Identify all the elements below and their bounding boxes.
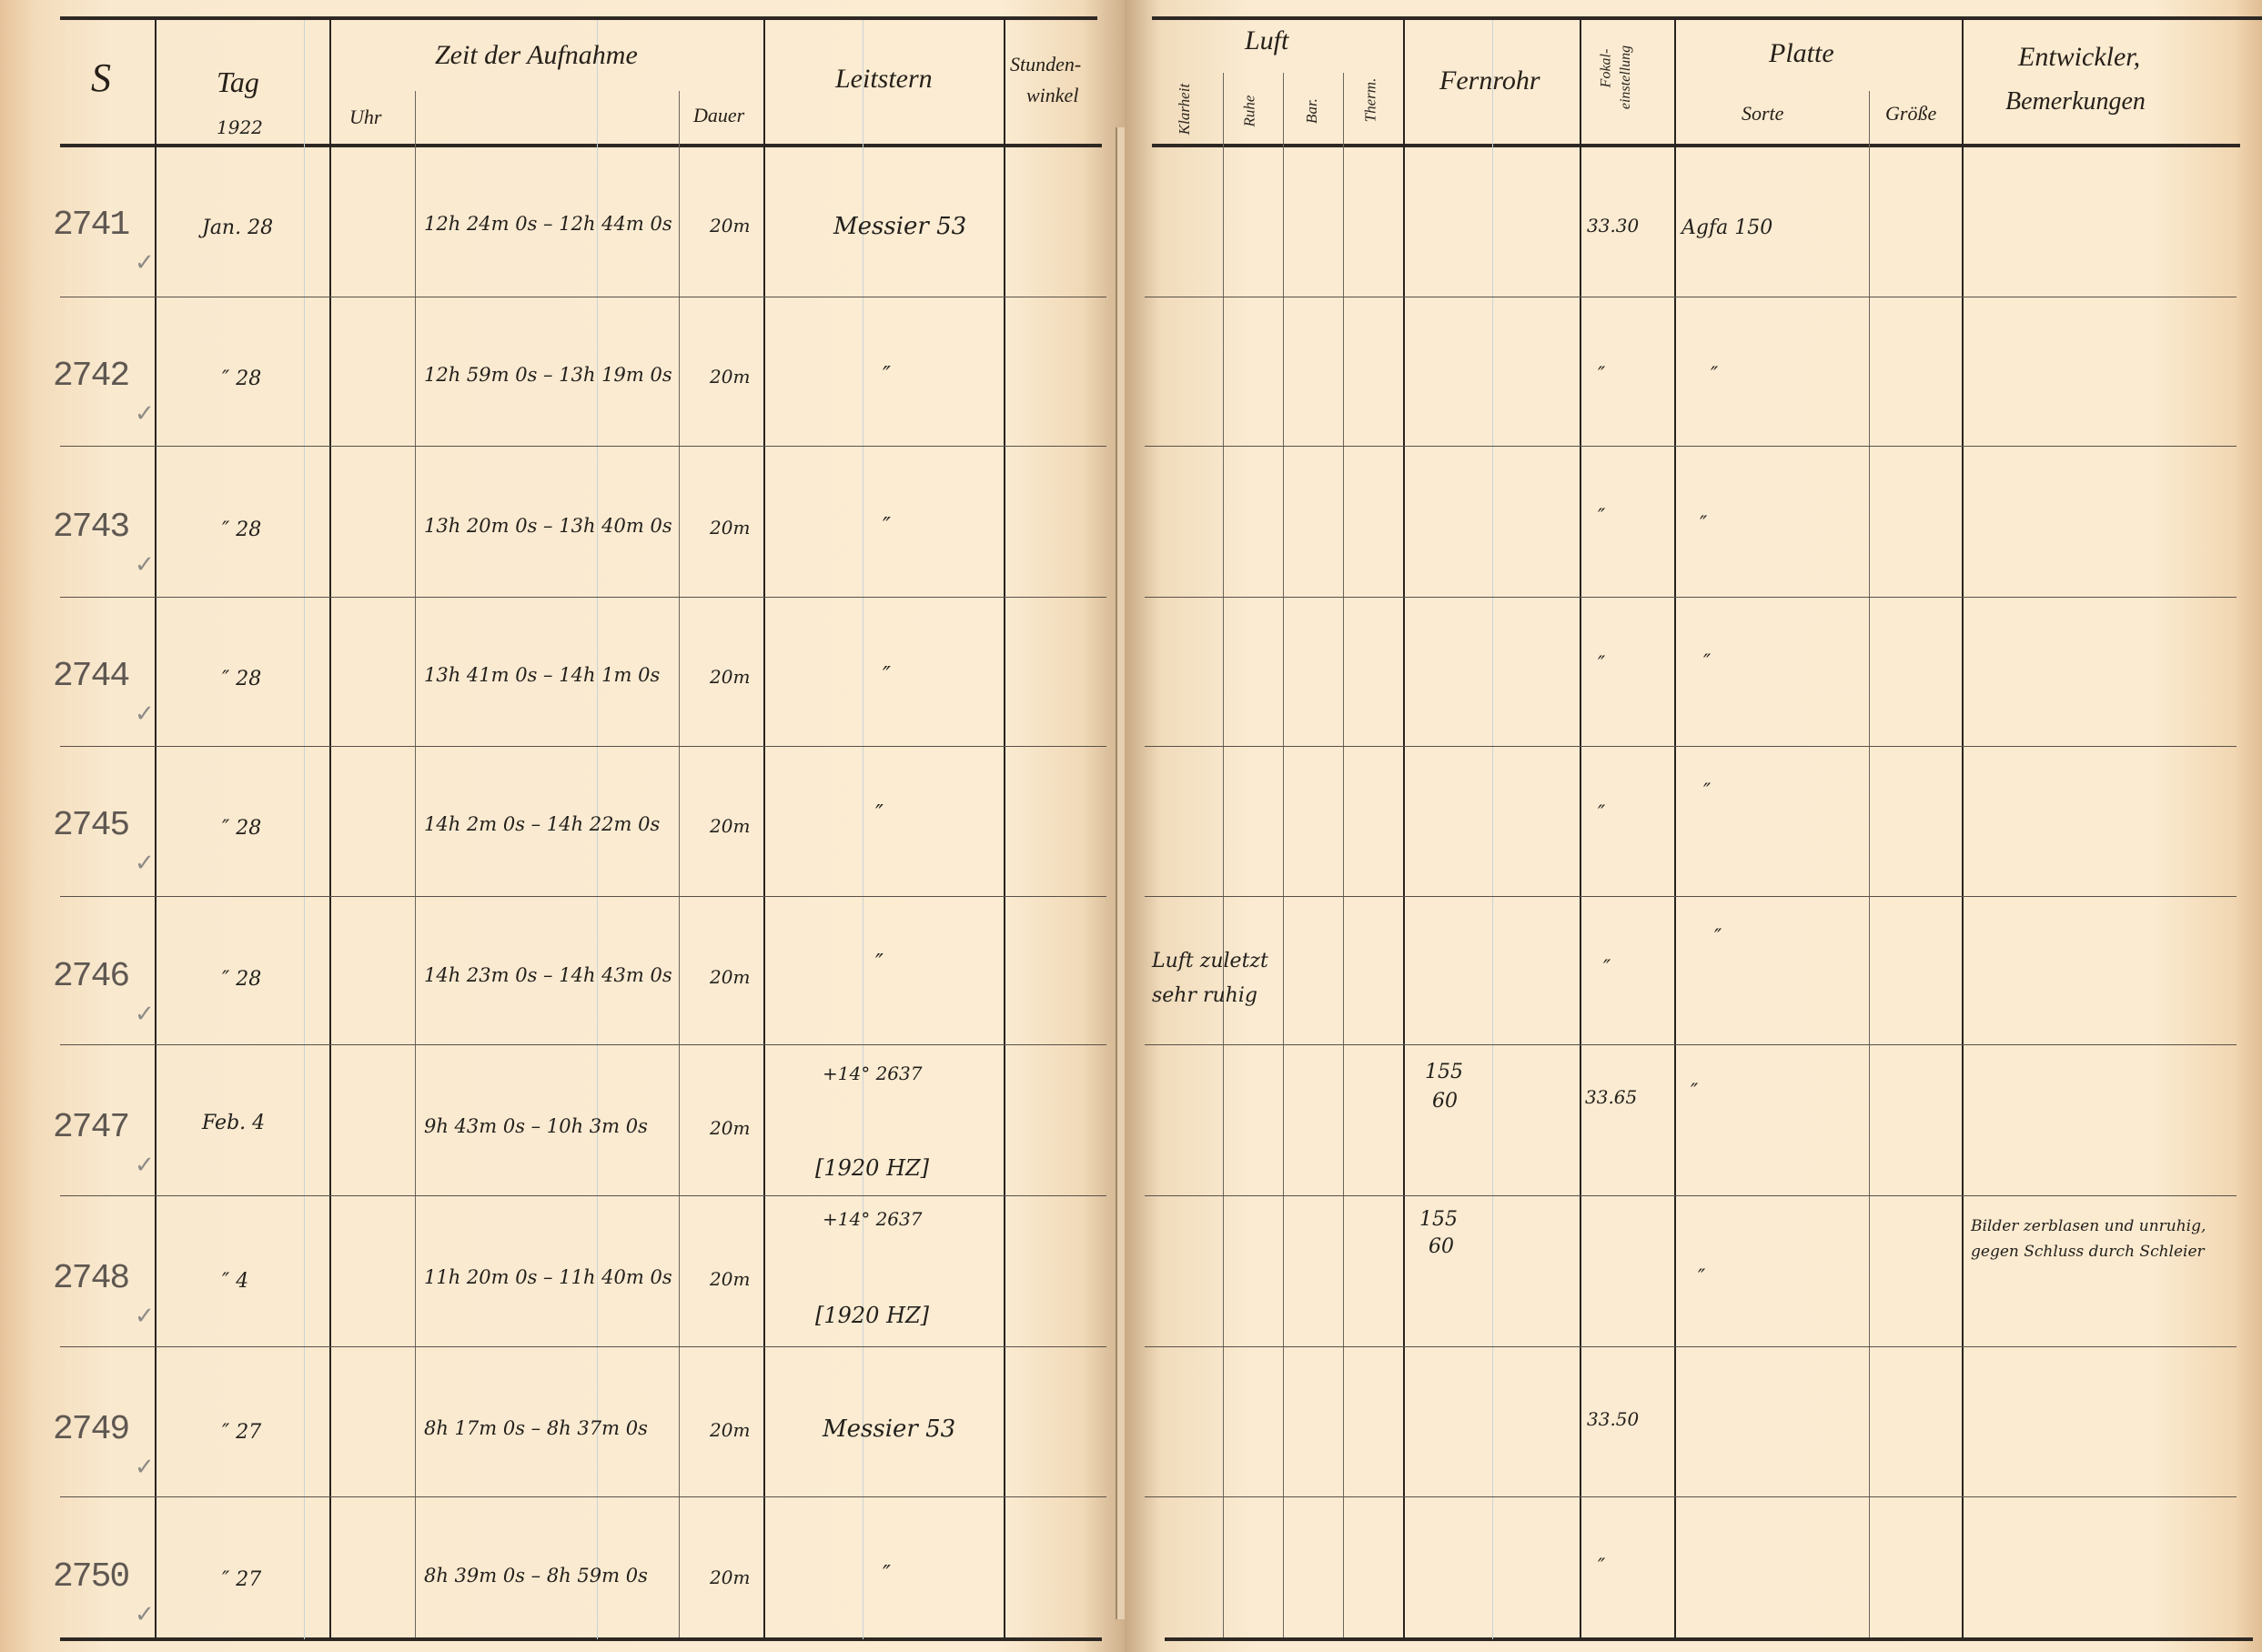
header-tag: Tag: [217, 65, 259, 99]
date: ″ 28: [222, 368, 261, 390]
column-divider: [329, 20, 331, 1639]
plate-number: 2743: [53, 508, 128, 547]
row-rule: [60, 1044, 1106, 1045]
header-leitstern: Leitstern: [835, 64, 933, 95]
plate-number: 2744: [53, 657, 128, 696]
air-remark: Luft zuletzt sehr ruhig: [1152, 944, 1288, 1013]
guide-star-catalog: [1920 HZ]: [815, 1303, 929, 1328]
focal-setting: ″: [1598, 802, 1605, 825]
guide-star: ″: [875, 950, 884, 975]
guide-star: Messier 53: [823, 1415, 955, 1443]
header-klarheit: Klarheit: [1176, 84, 1194, 135]
row-rule: [60, 297, 1106, 297]
date: ″ 27: [222, 1421, 261, 1444]
row-rule: [60, 746, 1106, 747]
focal-setting: 33.30: [1587, 215, 1639, 237]
column-divider: [679, 91, 680, 1637]
date: ″ 28: [222, 668, 261, 690]
check-mark: ✓: [135, 1454, 155, 1481]
row-rule: [1145, 446, 2237, 447]
duration: 20m: [710, 1566, 750, 1588]
header-fokal: Fokal-: [1598, 49, 1614, 88]
exposure-time: 11h 20m 0s – 11h 40m 0s: [424, 1266, 672, 1288]
plate-number: 2747: [53, 1108, 128, 1147]
plate-number: 2749: [53, 1410, 128, 1449]
date: ″ 28: [222, 519, 261, 541]
header-stundenwinkel-2: winkel: [1026, 84, 1078, 107]
date: ″ 4: [222, 1270, 248, 1293]
column-divider: [1004, 20, 1005, 1639]
check-mark: ✓: [135, 1152, 155, 1179]
plate-type: ″: [1703, 781, 1711, 803]
date: ″ 28: [222, 968, 261, 991]
plate-number: 2741: [53, 206, 128, 245]
duration: 20m: [710, 1419, 750, 1441]
row-rule: [1145, 746, 2237, 747]
row-rule: [60, 1346, 1106, 1347]
row-rule: [1145, 1496, 2237, 1497]
guide-star: ″: [883, 662, 891, 688]
bottom-rule: [60, 1637, 1102, 1641]
guide-star: ″: [875, 801, 884, 826]
exposure-time: 9h 43m 0s – 10h 3m 0s: [424, 1115, 648, 1137]
top-rule: [60, 16, 1097, 20]
focal-setting: ″: [1598, 1556, 1605, 1578]
header-s: S: [91, 55, 111, 101]
telescope-aperture: 155: [1419, 1208, 1458, 1231]
plate-number: 2746: [53, 957, 128, 996]
left-page: S Tag 1922 Zeit der Aufnahme Uhr Dauer L…: [0, 0, 1125, 1652]
header-fernrohr: Fernrohr: [1439, 65, 1540, 96]
check-mark: ✓: [135, 1303, 155, 1330]
focal-setting: ″: [1598, 364, 1605, 387]
focal-setting: 33.65: [1585, 1086, 1637, 1108]
header-zeit-der-aufnahme: Zeit der Aufnahme: [435, 40, 638, 71]
header-groesse: Größe: [1885, 102, 1936, 126]
plate-type: Agfa 150: [1681, 217, 1772, 239]
exposure-time: 8h 17m 0s – 8h 37m 0s: [424, 1417, 648, 1439]
guide-star: ″: [883, 362, 891, 388]
date: Feb. 4: [202, 1112, 265, 1134]
remarks: Bilder zerblasen und unruhig, gegen Schl…: [1971, 1214, 2235, 1264]
plate-type: ″: [1698, 1266, 1705, 1289]
exposure-time: 13h 20m 0s – 13h 40m 0s: [424, 515, 672, 537]
exposure-time: 12h 24m 0s – 12h 44m 0s: [424, 213, 672, 235]
column-divider: [763, 20, 765, 1639]
header-bemerkungen: Bemerkungen: [2005, 87, 2146, 116]
faint-rule: [1492, 20, 1493, 1639]
column-divider: [1223, 73, 1224, 1637]
plate-number: 2745: [53, 806, 128, 845]
header-entwickler: Entwickler,: [2018, 42, 2140, 73]
duration: 20m: [710, 366, 750, 388]
focal-setting: ″: [1603, 957, 1611, 980]
column-divider: [1962, 20, 1964, 1639]
plate-number: 2748: [53, 1259, 128, 1298]
guide-star: +14° 2637: [823, 1208, 922, 1230]
header-rule: [60, 144, 1102, 147]
focal-setting: 33.50: [1587, 1408, 1639, 1430]
row-rule: [1145, 597, 2237, 598]
column-divider: [1343, 73, 1344, 1637]
faint-rule: [304, 20, 305, 1639]
telescope-focal: 60: [1432, 1090, 1458, 1113]
plate-number: 2750: [53, 1557, 128, 1597]
check-mark: ✓: [135, 850, 155, 877]
column-divider: [1403, 20, 1405, 1639]
plate-type: ″: [1691, 1081, 1698, 1103]
telescope-aperture: 155: [1425, 1061, 1463, 1083]
exposure-time: 12h 59m 0s – 13h 19m 0s: [424, 364, 672, 386]
faint-rule: [863, 20, 863, 1639]
logbook-spread: S Tag 1922 Zeit der Aufnahme Uhr Dauer L…: [0, 0, 2262, 1652]
top-rule: [1152, 16, 2262, 20]
guide-star-catalog: [1920 HZ]: [815, 1155, 929, 1181]
row-rule: [60, 1195, 1106, 1196]
check-mark: ✓: [135, 1001, 155, 1028]
check-mark: ✓: [135, 249, 155, 277]
column-divider: [1869, 91, 1870, 1637]
plate-type: ″: [1703, 651, 1711, 674]
header-bar: Bar.: [1303, 98, 1321, 124]
telescope-focal: 60: [1429, 1235, 1454, 1258]
column-divider: [415, 91, 416, 1637]
duration: 20m: [710, 966, 750, 988]
duration: 20m: [710, 517, 750, 539]
guide-star: +14° 2637: [823, 1063, 922, 1084]
duration: 20m: [710, 815, 750, 837]
check-mark: ✓: [135, 400, 155, 428]
right-page: Luft Klarheit Ruhe Bar. Therm. Fernrohr …: [1125, 0, 2262, 1652]
check-mark: ✓: [135, 700, 155, 728]
duration: 20m: [710, 1117, 750, 1139]
duration: 20m: [710, 1268, 750, 1290]
header-dauer: Dauer: [693, 104, 744, 127]
exposure-time: 14h 23m 0s – 14h 43m 0s: [424, 964, 672, 986]
plate-number: 2742: [53, 357, 128, 396]
guide-star: Messier 53: [833, 213, 966, 240]
bottom-rule: [1165, 1637, 2253, 1641]
plate-type: ″: [1714, 926, 1722, 949]
row-rule: [1145, 1044, 2237, 1045]
focal-setting: ″: [1598, 653, 1605, 676]
header-year: 1922: [217, 116, 263, 138]
row-rule: [1145, 1195, 2237, 1196]
row-rule: [60, 896, 1106, 897]
header-platte: Platte: [1769, 38, 1834, 69]
row-rule: [60, 597, 1106, 598]
header-luft: Luft: [1245, 25, 1288, 56]
column-divider: [1580, 20, 1581, 1639]
header-rule: [1152, 144, 2240, 147]
check-mark: ✓: [135, 551, 155, 579]
column-divider: [1283, 73, 1284, 1637]
row-rule: [60, 1496, 1106, 1497]
header-uhr: Uhr: [349, 106, 381, 129]
row-rule: [1145, 896, 2237, 897]
guide-star: ″: [883, 1561, 891, 1587]
exposure-time: 13h 41m 0s – 14h 1m 0s: [424, 664, 660, 686]
date: ″ 27: [222, 1568, 261, 1591]
date: Jan. 28: [202, 217, 273, 239]
column-divider: [155, 20, 157, 1639]
row-rule: [1145, 1346, 2237, 1347]
check-mark: ✓: [135, 1601, 155, 1628]
exposure-time: 8h 39m 0s – 8h 59m 0s: [424, 1565, 648, 1587]
header-einstellung: einstellung: [1618, 45, 1634, 109]
header-stundenwinkel-1: Stunden-: [1010, 53, 1081, 76]
date: ″ 28: [222, 817, 261, 840]
guide-star: ″: [883, 513, 891, 539]
focal-setting: ″: [1598, 506, 1605, 529]
header-therm: Therm.: [1361, 78, 1379, 123]
duration: 20m: [710, 215, 750, 237]
row-rule: [1145, 297, 2237, 297]
duration: 20m: [710, 666, 750, 688]
header-sorte: Sorte: [1742, 102, 1783, 126]
exposure-time: 14h 2m 0s – 14h 22m 0s: [424, 813, 660, 835]
plate-type: ″: [1711, 364, 1718, 387]
header-ruhe: Ruhe: [1240, 96, 1258, 127]
row-rule: [60, 446, 1106, 447]
column-divider: [1674, 20, 1676, 1639]
plate-type: ″: [1700, 513, 1707, 536]
